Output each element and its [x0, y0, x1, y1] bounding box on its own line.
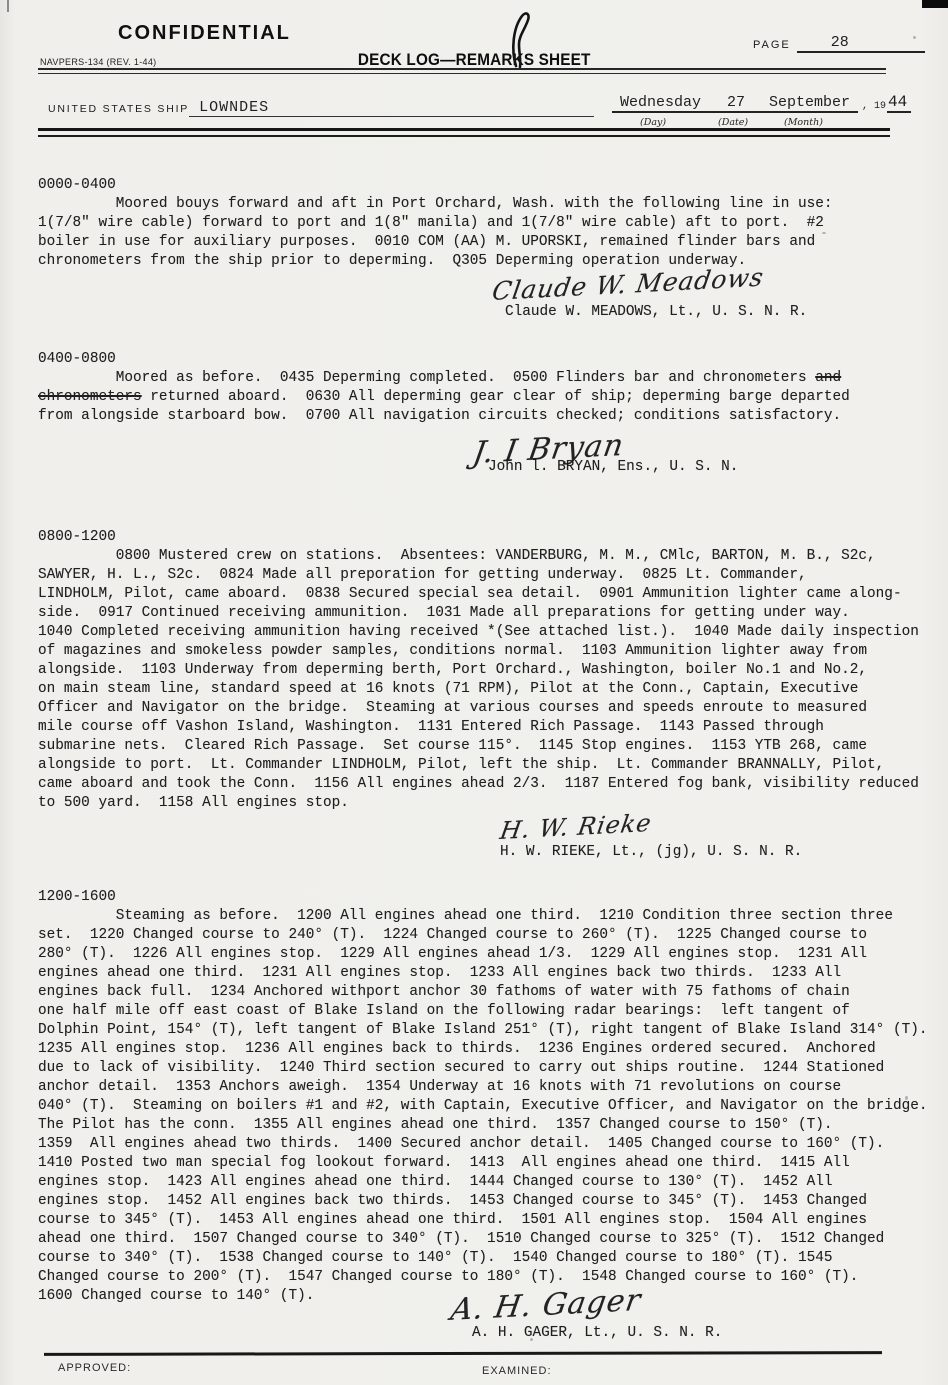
examined-label: EXAMINED:	[482, 1365, 552, 1377]
year-prefix: , 19	[858, 101, 887, 113]
ship-label: UNITED STATES SHIP	[48, 103, 189, 117]
caption-date: (Date)	[718, 117, 748, 128]
footer-rule	[44, 1351, 882, 1356]
caption-month: (Month)	[784, 117, 823, 128]
page-label: PAGE	[753, 39, 791, 53]
ship-row: UNITED STATES SHIP LOWNDES	[48, 99, 594, 117]
typed-signature: H. W. RIEKE, Lt., (jg), U. S. N. R.	[500, 843, 802, 862]
log-section-0000-0400: 0000-0400 Moored bouys forward and aft i…	[38, 176, 948, 322]
date-year: 44	[887, 93, 911, 113]
pen-stroke-mark-icon	[497, 10, 541, 72]
watch-period: 0000-0400	[38, 176, 948, 195]
signature-block-bryan: J. I Bryan John l. BRYAN, Ens., U. S. N.	[470, 434, 948, 477]
date-day: Wednesday	[620, 94, 701, 111]
page-number: 28	[797, 34, 925, 53]
typed-signature: Claude W. MEADOWS, Lt., U. S. N. R.	[505, 303, 807, 322]
page-title: DECK LOG—REMARKS SHEET	[358, 50, 591, 70]
scan-speck	[913, 36, 916, 39]
signature-block-meadows: Claude W. Meadows Claude W. MEADOWS, Lt.…	[490, 277, 948, 322]
date-number: 27	[727, 94, 745, 111]
log-entry-text: Steaming as before. 1200 All engines ahe…	[38, 907, 948, 1306]
date-block: Wednesday 27 September , 19 44 (Day) (Da…	[612, 93, 911, 113]
doc-title-wrap: DECK LOG—REMARKS SHEET	[0, 50, 948, 70]
scan-speck	[822, 232, 826, 234]
deck-log-page: CONFIDENTIAL NAVPERS-134 (REV. 1-44) DEC…	[0, 0, 948, 1385]
scan-speck	[530, 1338, 533, 1341]
struck-word: and	[815, 370, 841, 386]
scan-speck	[905, 1096, 908, 1100]
date-line: Wednesday 27 September , 19 44	[612, 93, 911, 113]
log-entry-text: 0800 Mustered crew on stations. Absentee…	[38, 547, 948, 813]
approved-label: APPROVED:	[58, 1362, 131, 1374]
watch-period: 1200-1600	[38, 888, 948, 907]
entry-segment: Moored as before. 0435 Deperming complet…	[38, 370, 815, 386]
signature-block-gager: A. H. Gager A. H. GAGER, Lt., U. S. N. R…	[448, 1292, 948, 1343]
watch-period: 0400-0800	[38, 350, 948, 369]
scan-edge-tick	[7, 0, 9, 12]
scan-corner-mark	[922, 0, 948, 8]
log-section-0400-0800: 0400-0800 Moored as before. 0435 Depermi…	[38, 350, 948, 477]
date-month: September	[769, 94, 850, 111]
date-underline: Wednesday 27 September	[612, 94, 858, 113]
handwritten-signature: J. I Bryan	[470, 426, 627, 474]
log-section-1200-1600: 1200-1600 Steaming as before. 1200 All e…	[38, 888, 948, 1343]
caption-day: (Day)	[640, 117, 666, 128]
typed-signature: A. H. GAGER, Lt., U. S. N. R.	[472, 1324, 722, 1343]
header-double-rule	[38, 68, 886, 74]
ship-name: LOWNDES	[189, 99, 594, 117]
entry-segment: returned aboard. 0630 All deperming gear…	[38, 389, 850, 424]
watch-period: 0800-1200	[38, 528, 948, 547]
handwritten-signature: H. W. Rieke	[498, 809, 654, 845]
log-entry-text: Moored as before. 0435 Deperming complet…	[38, 369, 948, 426]
signature-block-rieke: H. W. Rieke H. W. RIEKE, Lt., (jg), U. S…	[498, 817, 948, 862]
classification-stamp: CONFIDENTIAL	[118, 22, 291, 45]
struck-word: chronometers	[38, 389, 142, 405]
log-entry-text: Moored bouys forward and aft in Port Orc…	[38, 195, 948, 271]
header-thick-rule	[38, 128, 890, 137]
page-number-block: PAGE 28	[753, 34, 925, 53]
log-section-0800-1200: 0800-1200 0800 Mustered crew on stations…	[38, 528, 948, 862]
